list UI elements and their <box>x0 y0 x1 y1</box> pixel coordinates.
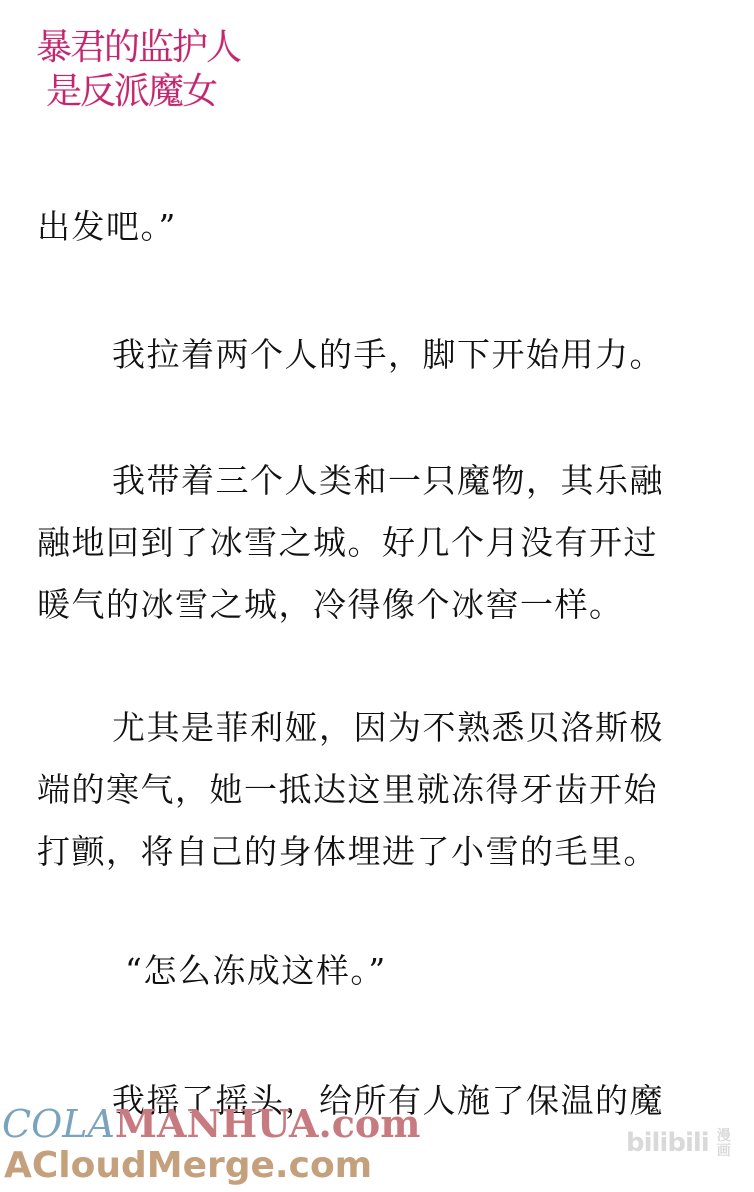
colamanhua-watermark: COLAMANHUA.com <box>2 1100 420 1148</box>
logo-line-2: 是反派魔女 <box>46 72 216 112</box>
bilibili-text: bilibili <box>626 1128 709 1158</box>
text-line: 暖气的冰雪之城，冷得像个冰窖一样。 <box>37 574 727 636</box>
text-line: 打颤，将自己的身体埋进了小雪的毛里。 <box>37 821 727 883</box>
paragraph-3: 我带着三个人类和一只魔物，其乐融 融地回到了冰雪之城。好几个月没有开过 暖气的冰… <box>37 450 727 636</box>
paragraph-1: 出发吧。” <box>37 196 727 258</box>
text-line: 我拉着两个人的手，脚下开始用力。 <box>37 324 727 386</box>
watermark-cola: COLA <box>2 1102 115 1146</box>
paragraph-4: 尤其是菲利娅，因为不熟悉贝洛斯极 端的寒气，她一抵达这里就冻得牙齿开始 打颤，将… <box>37 697 727 883</box>
logo-line-1: 暴君的监护人 <box>36 28 240 68</box>
text-line: 尤其是菲利娅，因为不熟悉贝洛斯极 <box>37 697 727 759</box>
paragraph-2: 我拉着两个人的手，脚下开始用力。 <box>37 324 727 386</box>
text-line: 出发吧。” <box>37 196 727 258</box>
watermark-manhua: MANHUA.com <box>115 1101 421 1146</box>
paragraph-5: “怎么冻成这样。” <box>37 940 727 1002</box>
bilibili-manga-logo: bilibili 漫画 <box>626 1128 733 1159</box>
comic-title-logo: 暴君的监护人 是反派魔女 <box>36 28 266 138</box>
text-line: 端的寒气，她一抵达这里就冻得牙齿开始 <box>37 759 727 821</box>
text-line: 融地回到了冰雪之城。好几个月没有开过 <box>37 512 727 574</box>
text-line: “怎么冻成这样。” <box>37 940 727 1002</box>
manga-text: 漫画 <box>717 1129 733 1159</box>
text-line: 我带着三个人类和一只魔物，其乐融 <box>37 450 727 512</box>
acloudmerge-watermark: ACloudMerge.com <box>4 1144 372 1188</box>
